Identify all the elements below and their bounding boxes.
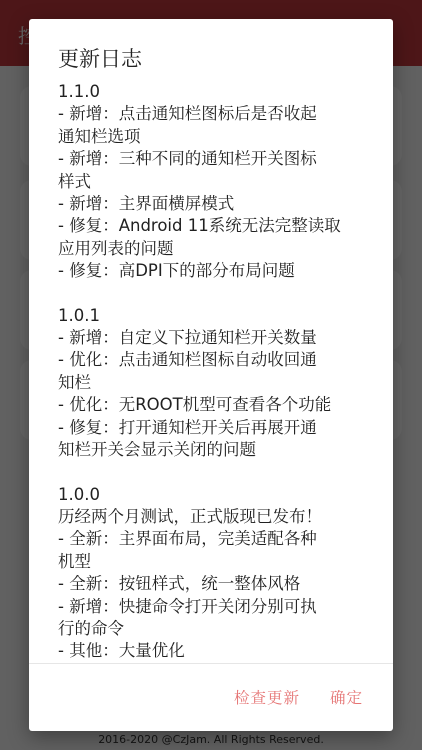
changelog-line: 历经两个月测试，正式版现已发布！ xyxy=(58,506,378,528)
changelog-line: - 新增：主界面横屏模式 xyxy=(58,193,378,215)
changelog-section: 1.0.0 历经两个月测试，正式版现已发布！ - 全新：主界面布局，完美适配各种… xyxy=(58,484,378,662)
changelog-line: 样式 xyxy=(58,171,378,193)
changelog-line: - 全新：按钮样式，统一整体风格 xyxy=(58,573,378,595)
changelog-line: - 修复：打开通知栏开关后再展开通 xyxy=(58,417,378,439)
dialog-title: 更新日志 xyxy=(58,43,142,73)
changelog-line: 通知栏选项 xyxy=(58,126,378,148)
changelog-section: 1.0.1 - 新增：自定义下拉通知栏开关数量 - 优化：点击通知栏图标自动收回… xyxy=(58,305,378,462)
changelog-line: - 修复：高DPI下的部分布局问题 xyxy=(58,260,378,282)
changelog-line: - 全新：主界面布局，完美适配各种 xyxy=(58,528,378,550)
version-label: 1.0.0 xyxy=(58,484,378,506)
changelog-line: - 修复：Android 11系统无法完整读取 xyxy=(58,215,378,237)
changelog-line: 行的命令 xyxy=(58,618,378,640)
changelog-dialog: 更新日志 1.1.0 - 新增：点击通知栏图标后是否收起 通知栏选项 - 新增：… xyxy=(29,19,393,731)
changelog-line: - 新增：自定义下拉通知栏开关数量 xyxy=(58,327,378,349)
ok-button[interactable]: 确定 xyxy=(330,686,363,708)
changelog-line: - 优化：无ROOT机型可查看各个功能 xyxy=(58,394,378,416)
version-label: 1.1.0 xyxy=(58,81,378,103)
changelog-line: 知栏开关会显示关闭的问题 xyxy=(58,439,378,461)
changelog-line: - 新增：快捷命令打开关闭分别可执 xyxy=(58,596,378,618)
changelog-line: - 其他：大量优化 xyxy=(58,640,378,661)
dialog-actions: 检查更新 确定 xyxy=(234,686,363,708)
changelog-line: 知栏 xyxy=(58,372,378,394)
check-update-button[interactable]: 检查更新 xyxy=(234,686,300,708)
changelog-section: 1.1.0 - 新增：点击通知栏图标后是否收起 通知栏选项 - 新增：三种不同的… xyxy=(58,81,378,283)
changelog-line: 应用列表的问题 xyxy=(58,238,378,260)
changelog-line: - 优化：点击通知栏图标自动收回通 xyxy=(58,349,378,371)
version-label: 1.0.1 xyxy=(58,305,378,327)
changelog-line: - 新增：点击通知栏图标后是否收起 xyxy=(58,103,378,125)
changelog-line: 机型 xyxy=(58,551,378,573)
dialog-divider xyxy=(29,663,393,664)
changelog-body[interactable]: 1.1.0 - 新增：点击通知栏图标后是否收起 通知栏选项 - 新增：三种不同的… xyxy=(58,81,378,661)
changelog-line: - 新增：三种不同的通知栏开关图标 xyxy=(58,148,378,170)
